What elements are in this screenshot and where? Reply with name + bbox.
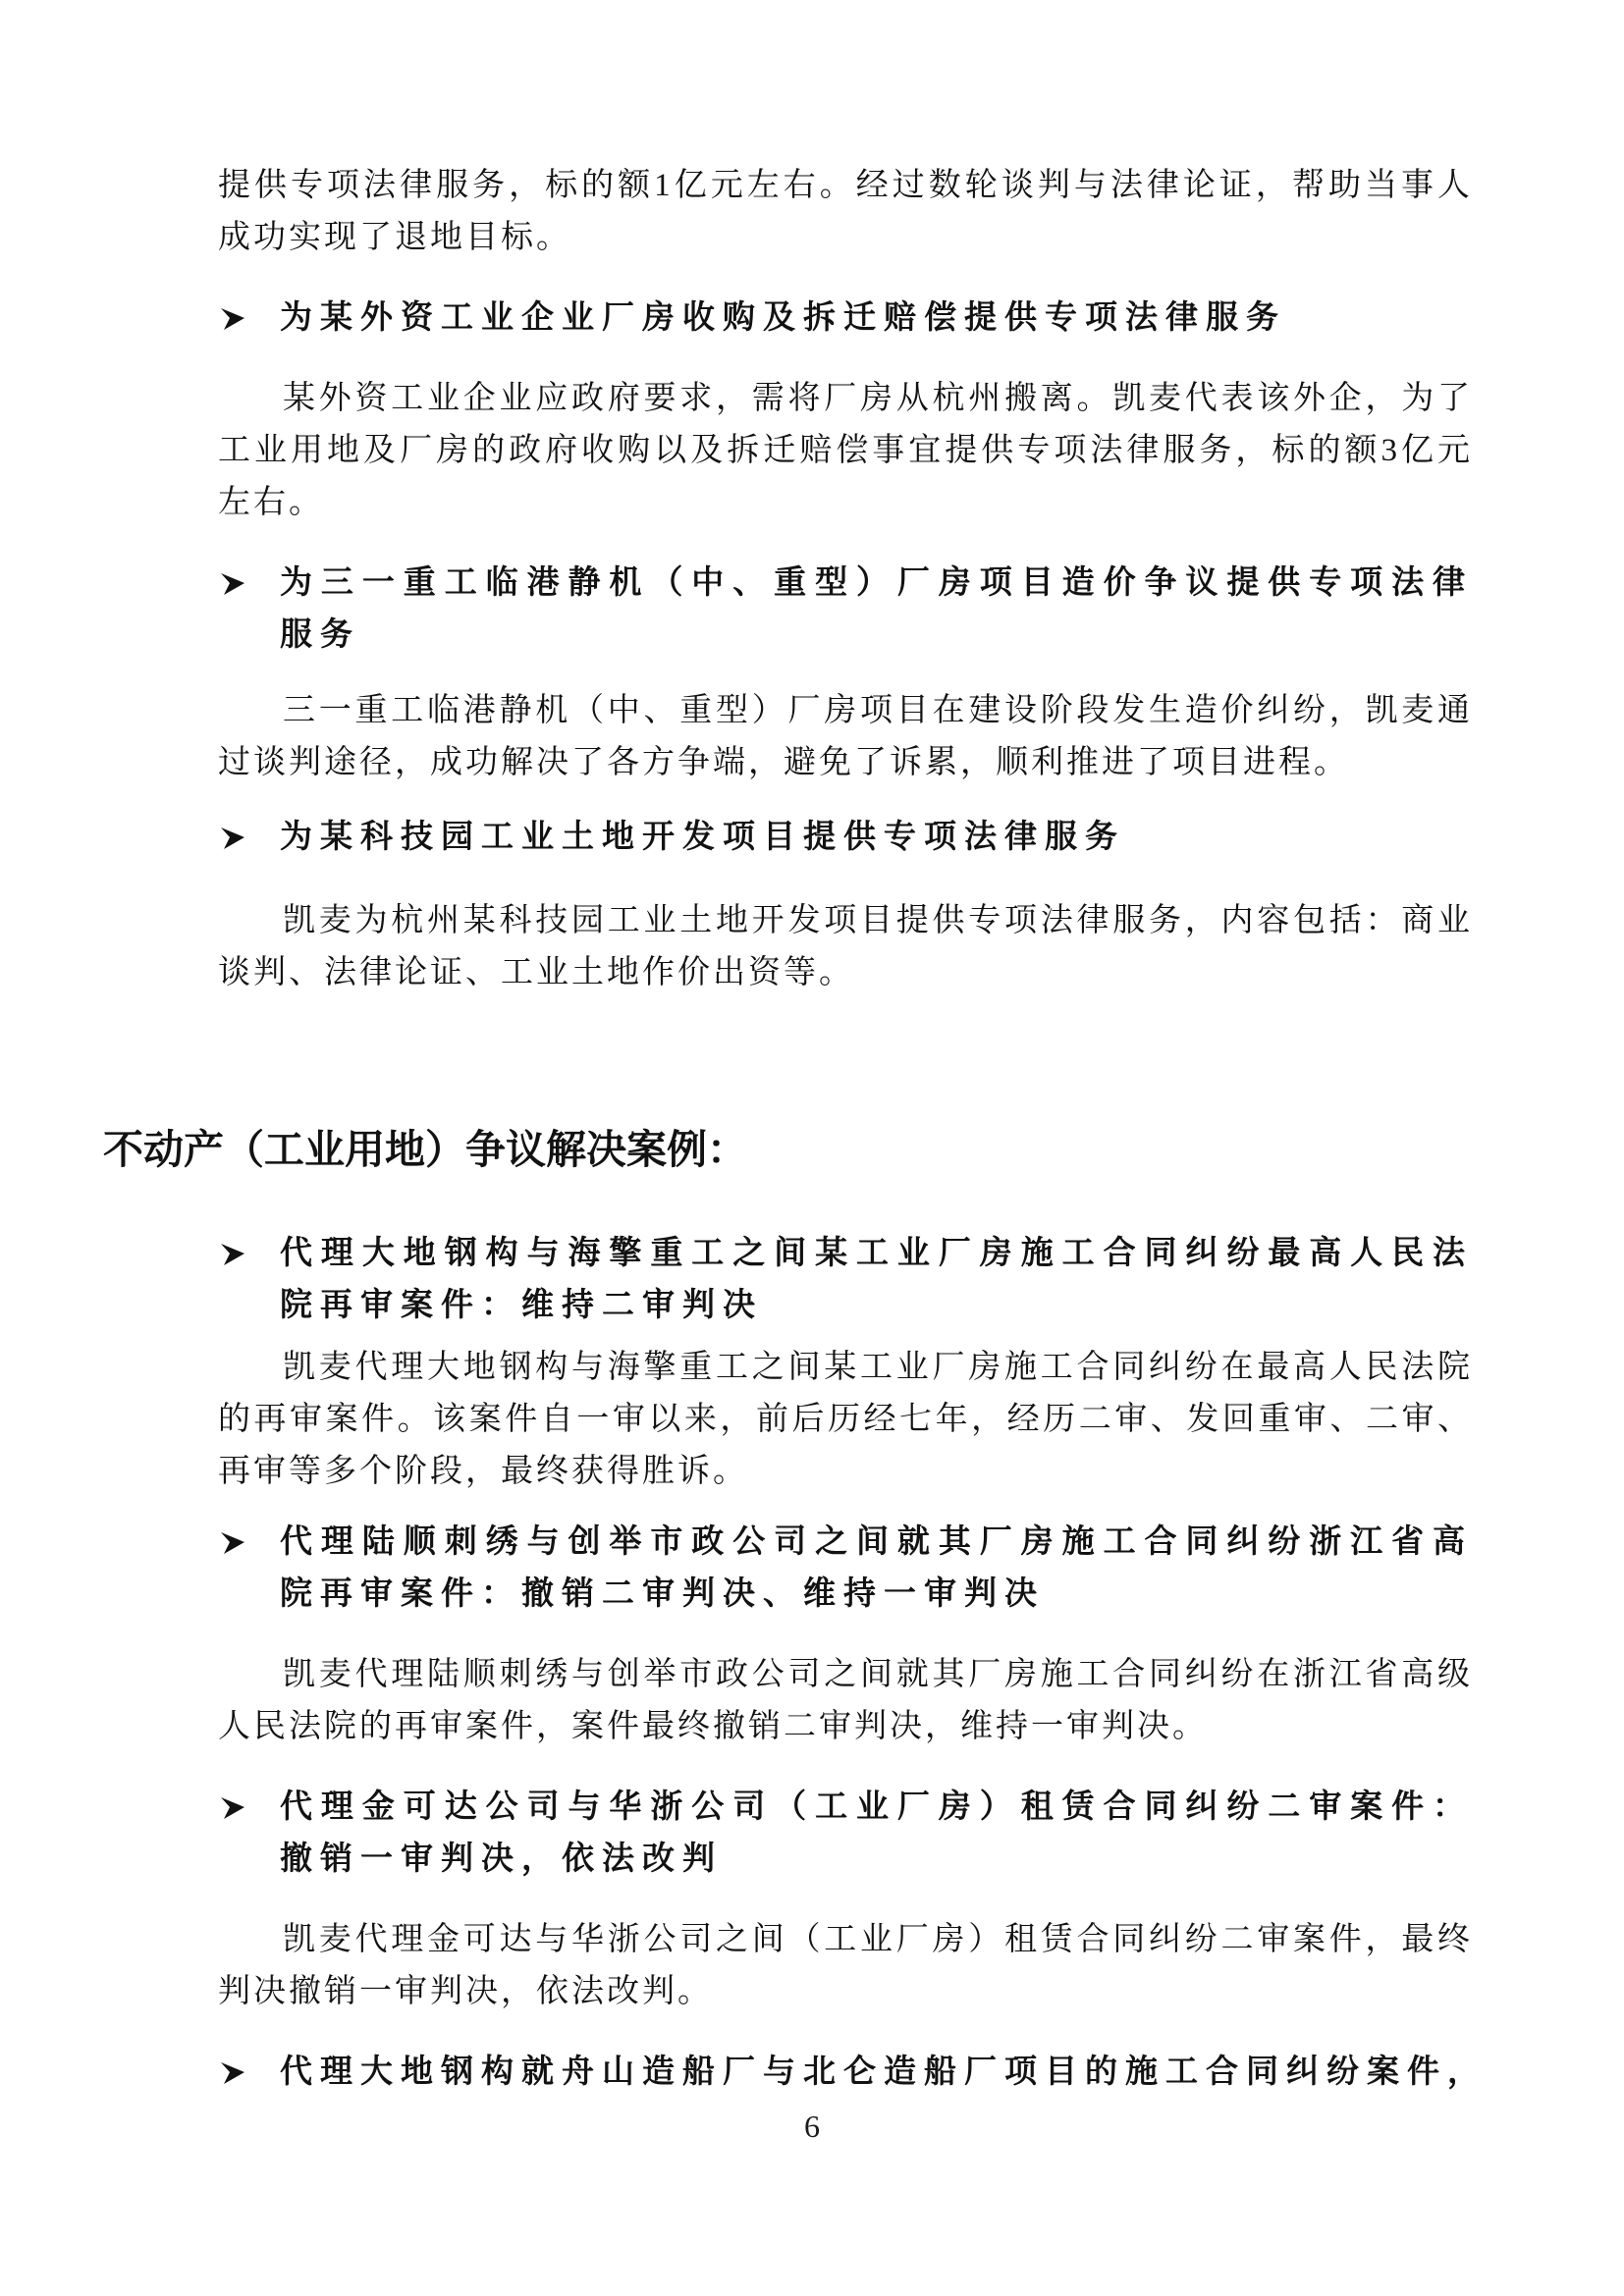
case-heading: 为某外资工业企业厂房收购及拆迁赔偿提供专项法律服务 [280,293,1473,345]
case-body: 凯麦代理金可达与华浙公司之间（工业厂房）租赁合同纠纷二审案件，最终判决撤销一审判… [218,1914,1473,2018]
case-body: 凯麦为杭州某科技园工业土地开发项目提供专项法律服务，内容包括：商业谈判、法律论证… [218,895,1473,999]
list-item-service-1: 为某外资工业企业厂房收购及拆迁赔偿提供专项法律服务 [218,293,1473,345]
case-heading: 为某科技园工业土地开发项目提供专项法律服务 [280,812,1473,864]
arrow-bullet-icon [218,812,280,864]
case-body: 某外资工业企业应政府要求，需将厂房从杭州搬离。凯麦代表该外企，为了工业用地及厂房… [218,373,1473,529]
case-body: 凯麦代理大地钢构与海擎重工之间某工业厂房施工合同纠纷在最高人民法院的再审案件。该… [218,1342,1473,1498]
arrow-bullet-icon [218,2047,280,2099]
case-heading: 代理金可达公司与华浙公司（工业厂房）租赁合同纠纷二审案件：撤销一审判决，依法改判 [280,1782,1473,1886]
list-item-case-4: 代理大地钢构就舟山造船厂与北仑造船厂项目的施工合同纠纷案件， [218,2047,1473,2099]
case-heading: 为三一重工临港静机（中、重型）厂房项目造价争议提供专项法律服务 [280,558,1473,662]
case-body: 凯麦代理陆顺刺绣与创举市政公司之间就其厂房施工合同纠纷在浙江省高级人民法院的再审… [218,1649,1473,1753]
page-content: 提供专项法律服务，标的额1亿元左右。经过数轮谈判与法律论证，帮助当事人成功实现了… [0,0,1624,2099]
list-item-service-2: 为三一重工临港静机（中、重型）厂房项目造价争议提供专项法律服务 [218,558,1473,662]
case-heading: 代理大地钢构就舟山造船厂与北仑造船厂项目的施工合同纠纷案件， [280,2047,1488,2099]
arrow-bullet-icon [218,1782,280,1834]
case-heading: 代理陆顺刺绣与创举市政公司之间就其厂房施工合同纠纷浙江省高院再审案件：撤销二审判… [280,1517,1473,1621]
section-heading: 不动产（工业用地）争议解决案例： [103,1120,1473,1179]
page-number: 6 [0,2109,1624,2144]
arrow-bullet-icon [218,1228,280,1280]
document-page: 提供专项法律服务，标的额1亿元左右。经过数轮谈判与法律论证，帮助当事人成功实现了… [0,0,1624,2296]
arrow-bullet-icon [218,558,280,610]
list-item-case-1: 代理大地钢构与海擎重工之间某工业厂房施工合同纠纷最高人民法院再审案件：维持二审判… [218,1228,1473,1332]
arrow-bullet-icon [218,293,280,345]
case-body: 三一重工临港静机（中、重型）厂房项目在建设阶段发生造价纠纷，凯麦通过谈判途径，成… [218,685,1473,789]
arrow-bullet-icon [218,1517,280,1569]
list-item-service-3: 为某科技园工业土地开发项目提供专项法律服务 [218,812,1473,864]
case-heading: 代理大地钢构与海擎重工之间某工业厂房施工合同纠纷最高人民法院再审案件：维持二审判… [280,1228,1473,1332]
list-item-case-3: 代理金可达公司与华浙公司（工业厂房）租赁合同纠纷二审案件：撤销一审判决，依法改判 [218,1782,1473,1886]
intro-paragraph: 提供专项法律服务，标的额1亿元左右。经过数轮谈判与法律论证，帮助当事人成功实现了… [218,160,1473,264]
list-item-case-2: 代理陆顺刺绣与创举市政公司之间就其厂房施工合同纠纷浙江省高院再审案件：撤销二审判… [218,1517,1473,1621]
